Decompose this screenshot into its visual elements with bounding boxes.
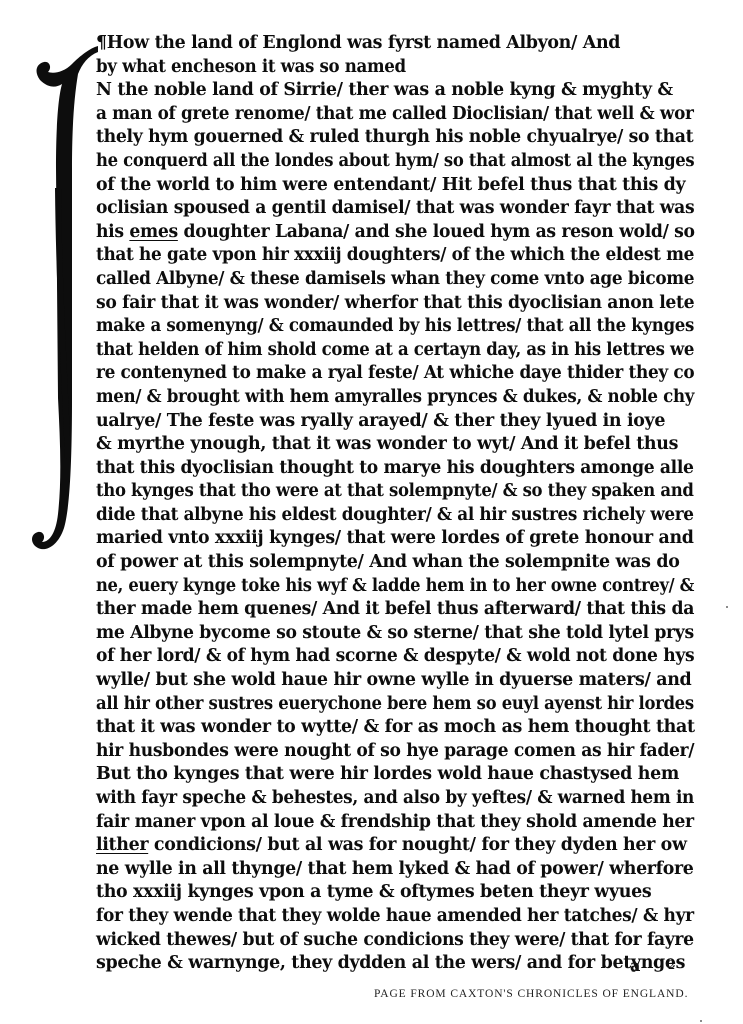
text-line: ne, euery kynge toke his wyf & ladde hem… [96,575,656,599]
text-line: oclisian spoused a gentil damisel/ that … [96,197,685,221]
book-page: ¶How the land of Englond was fyrst named… [0,0,743,1024]
text-line: wicked thewes/ but of suche condicions t… [96,929,685,953]
scan-speck [726,606,728,608]
underlined-word: emes [129,222,177,242]
text-line: of power at this solempnyte/ And whan th… [96,551,694,575]
text-line: by what encheson it was so named [96,56,666,80]
text-line: me Albyne bycome so stoute & so sterne/ … [96,622,687,646]
text-line: of the world to him were entendant/ Hit … [96,174,694,198]
page-number: 2 [668,958,675,974]
text-line: make a somenyng/ & comaunded by his lett… [96,315,665,339]
text-line: lither condicions/ but al was for nought… [96,834,694,858]
text-line: maried vnto xxxiij kynges/ that were lor… [96,527,692,551]
scan-speck [700,1020,702,1022]
text-line: ¶How the land of Englond was fyrst named… [96,32,694,56]
text-line: men/ & brought with hem amyralles prynce… [96,386,667,410]
text-line: that he gate vpon hir xxxiij doughters/ … [96,244,676,268]
text-line: of her lord/ & of hym had scorne & despy… [96,645,683,669]
text-line: for they wende that they wolde haue amen… [96,905,680,929]
text-line: & myrthe ynough, that it was wonder to w… [96,433,694,457]
decorated-initial-i-icon [28,38,98,558]
text-line: ualrye/ The feste was ryally arayed/ & t… [96,410,694,434]
text-line: dide that albyne his eldest doughter/ & … [96,504,673,528]
text-line: hir husbondes were nought of so hye para… [96,740,684,764]
text-line: with fayr speche & behestes, and also by… [96,787,676,811]
text-line: ne wylle in all thynge/ that hem lyked &… [96,858,692,882]
text-line: his emes doughter Labana/ and she loued … [96,221,686,245]
page-caption: PAGE FROM CAXTON'S CHRONICLES OF ENGLAND… [374,988,688,1000]
text-line: tho kynges that tho were at that solempn… [96,480,662,504]
text-line: ther made hem quenes/ And it befel thus … [96,598,688,622]
text-line: tho xxxiij kynges vpon a tyme & oftymes … [96,881,694,905]
text-line: he conquerd all the londes about hym/ so… [96,150,659,174]
text-line: N the noble land of Sirrie/ ther was a n… [96,79,694,103]
text-line: wylle/ but she wold haue hir owne wylle … [96,669,694,693]
text-line: all hir other sustres euerychone bere he… [96,693,661,717]
signature-mark: a [630,956,640,975]
text-line: called Albyne/ & these damisels whan the… [96,268,675,292]
text-line: speche & warnynge, they dydden al the we… [96,952,694,976]
text-line: re contenyned to make a ryal feste/ At w… [96,362,676,386]
text-line: thely hym gouerned & ruled thurgh his no… [96,126,689,150]
text-line: a man of grete renome/ that me called Di… [96,103,674,127]
text-line: fair maner vpon al loue & frendship that… [96,811,688,835]
text-line: that helden of him shold come at a certa… [96,339,663,363]
text-line: that it was wonder to wytte/ & for as mo… [96,716,694,740]
text-line: so fair that it was wonder/ wherfor that… [96,292,686,316]
underlined-word: lither [96,835,148,855]
text-line: that this dyoclisian thought to marye hi… [96,457,684,481]
text-line: But tho kynges that were hir lordes wold… [96,763,694,787]
body-text: ¶How the land of Englond was fyrst named… [96,32,696,976]
